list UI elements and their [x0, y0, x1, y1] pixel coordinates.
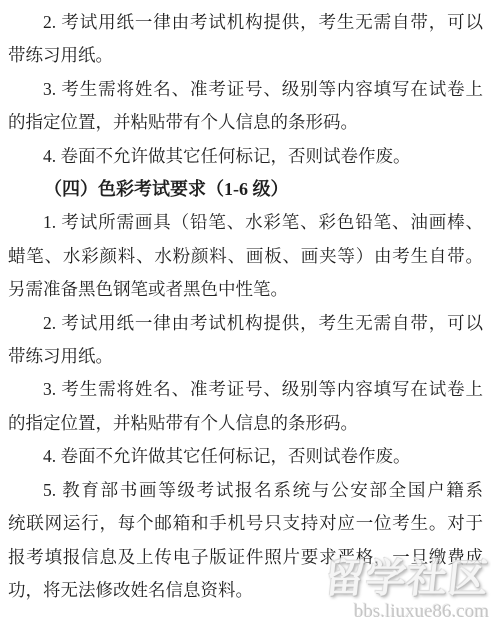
- text-line: 1. 考试所需画具（铅笔、水彩笔、彩色铅笔、油画棒、: [8, 206, 483, 239]
- text-line: 4. 卷面不允许做其它任何标记，否则试卷作废。: [8, 440, 483, 473]
- document-page: 2. 考试用纸一律由考试机构提供，考生无需自带，可以 带练习用纸。 3. 考生需…: [0, 0, 491, 626]
- text-line: 的指定位置，并粘贴带有个人信息的条形码。: [8, 106, 483, 139]
- text-line: 5. 教育部书画等级考试报名系统与公安部全国户籍系: [8, 474, 483, 507]
- text-line: 带练习用纸。: [8, 39, 483, 72]
- text-line: 统联网运行，每个邮箱和手机号只支持对应一位考生。对于: [8, 507, 483, 540]
- text-line: 蜡笔、水彩颜料、水粉颜料、画板、画夹等）由考生自带。: [8, 240, 483, 273]
- text-line: 功，将无法修改姓名信息资料。: [8, 574, 483, 607]
- section-heading: （四）色彩考试要求（1-6 级）: [8, 173, 483, 206]
- text-line: 另需准备黑色钢笔或者黑色中性笔。: [8, 273, 483, 306]
- text-line: 报考填报信息及上传电子版证件照片要求严格，一旦缴费成: [8, 541, 483, 574]
- document-text-block: 2. 考试用纸一律由考试机构提供，考生无需自带，可以 带练习用纸。 3. 考生需…: [8, 6, 483, 607]
- text-line: 2. 考试用纸一律由考试机构提供，考生无需自带，可以: [8, 307, 483, 340]
- text-line: 的指定位置，并粘贴带有个人信息的条形码。: [8, 407, 483, 440]
- text-line: 3. 考生需将姓名、准考证号、级别等内容填写在试卷上: [8, 73, 483, 106]
- text-line: 带练习用纸。: [8, 340, 483, 373]
- text-line: 2. 考试用纸一律由考试机构提供，考生无需自带，可以: [8, 6, 483, 39]
- text-line: 4. 卷面不允许做其它任何标记，否则试卷作废。: [8, 140, 483, 173]
- text-line: 3. 考生需将姓名、准考证号、级别等内容填写在试卷上: [8, 373, 483, 406]
